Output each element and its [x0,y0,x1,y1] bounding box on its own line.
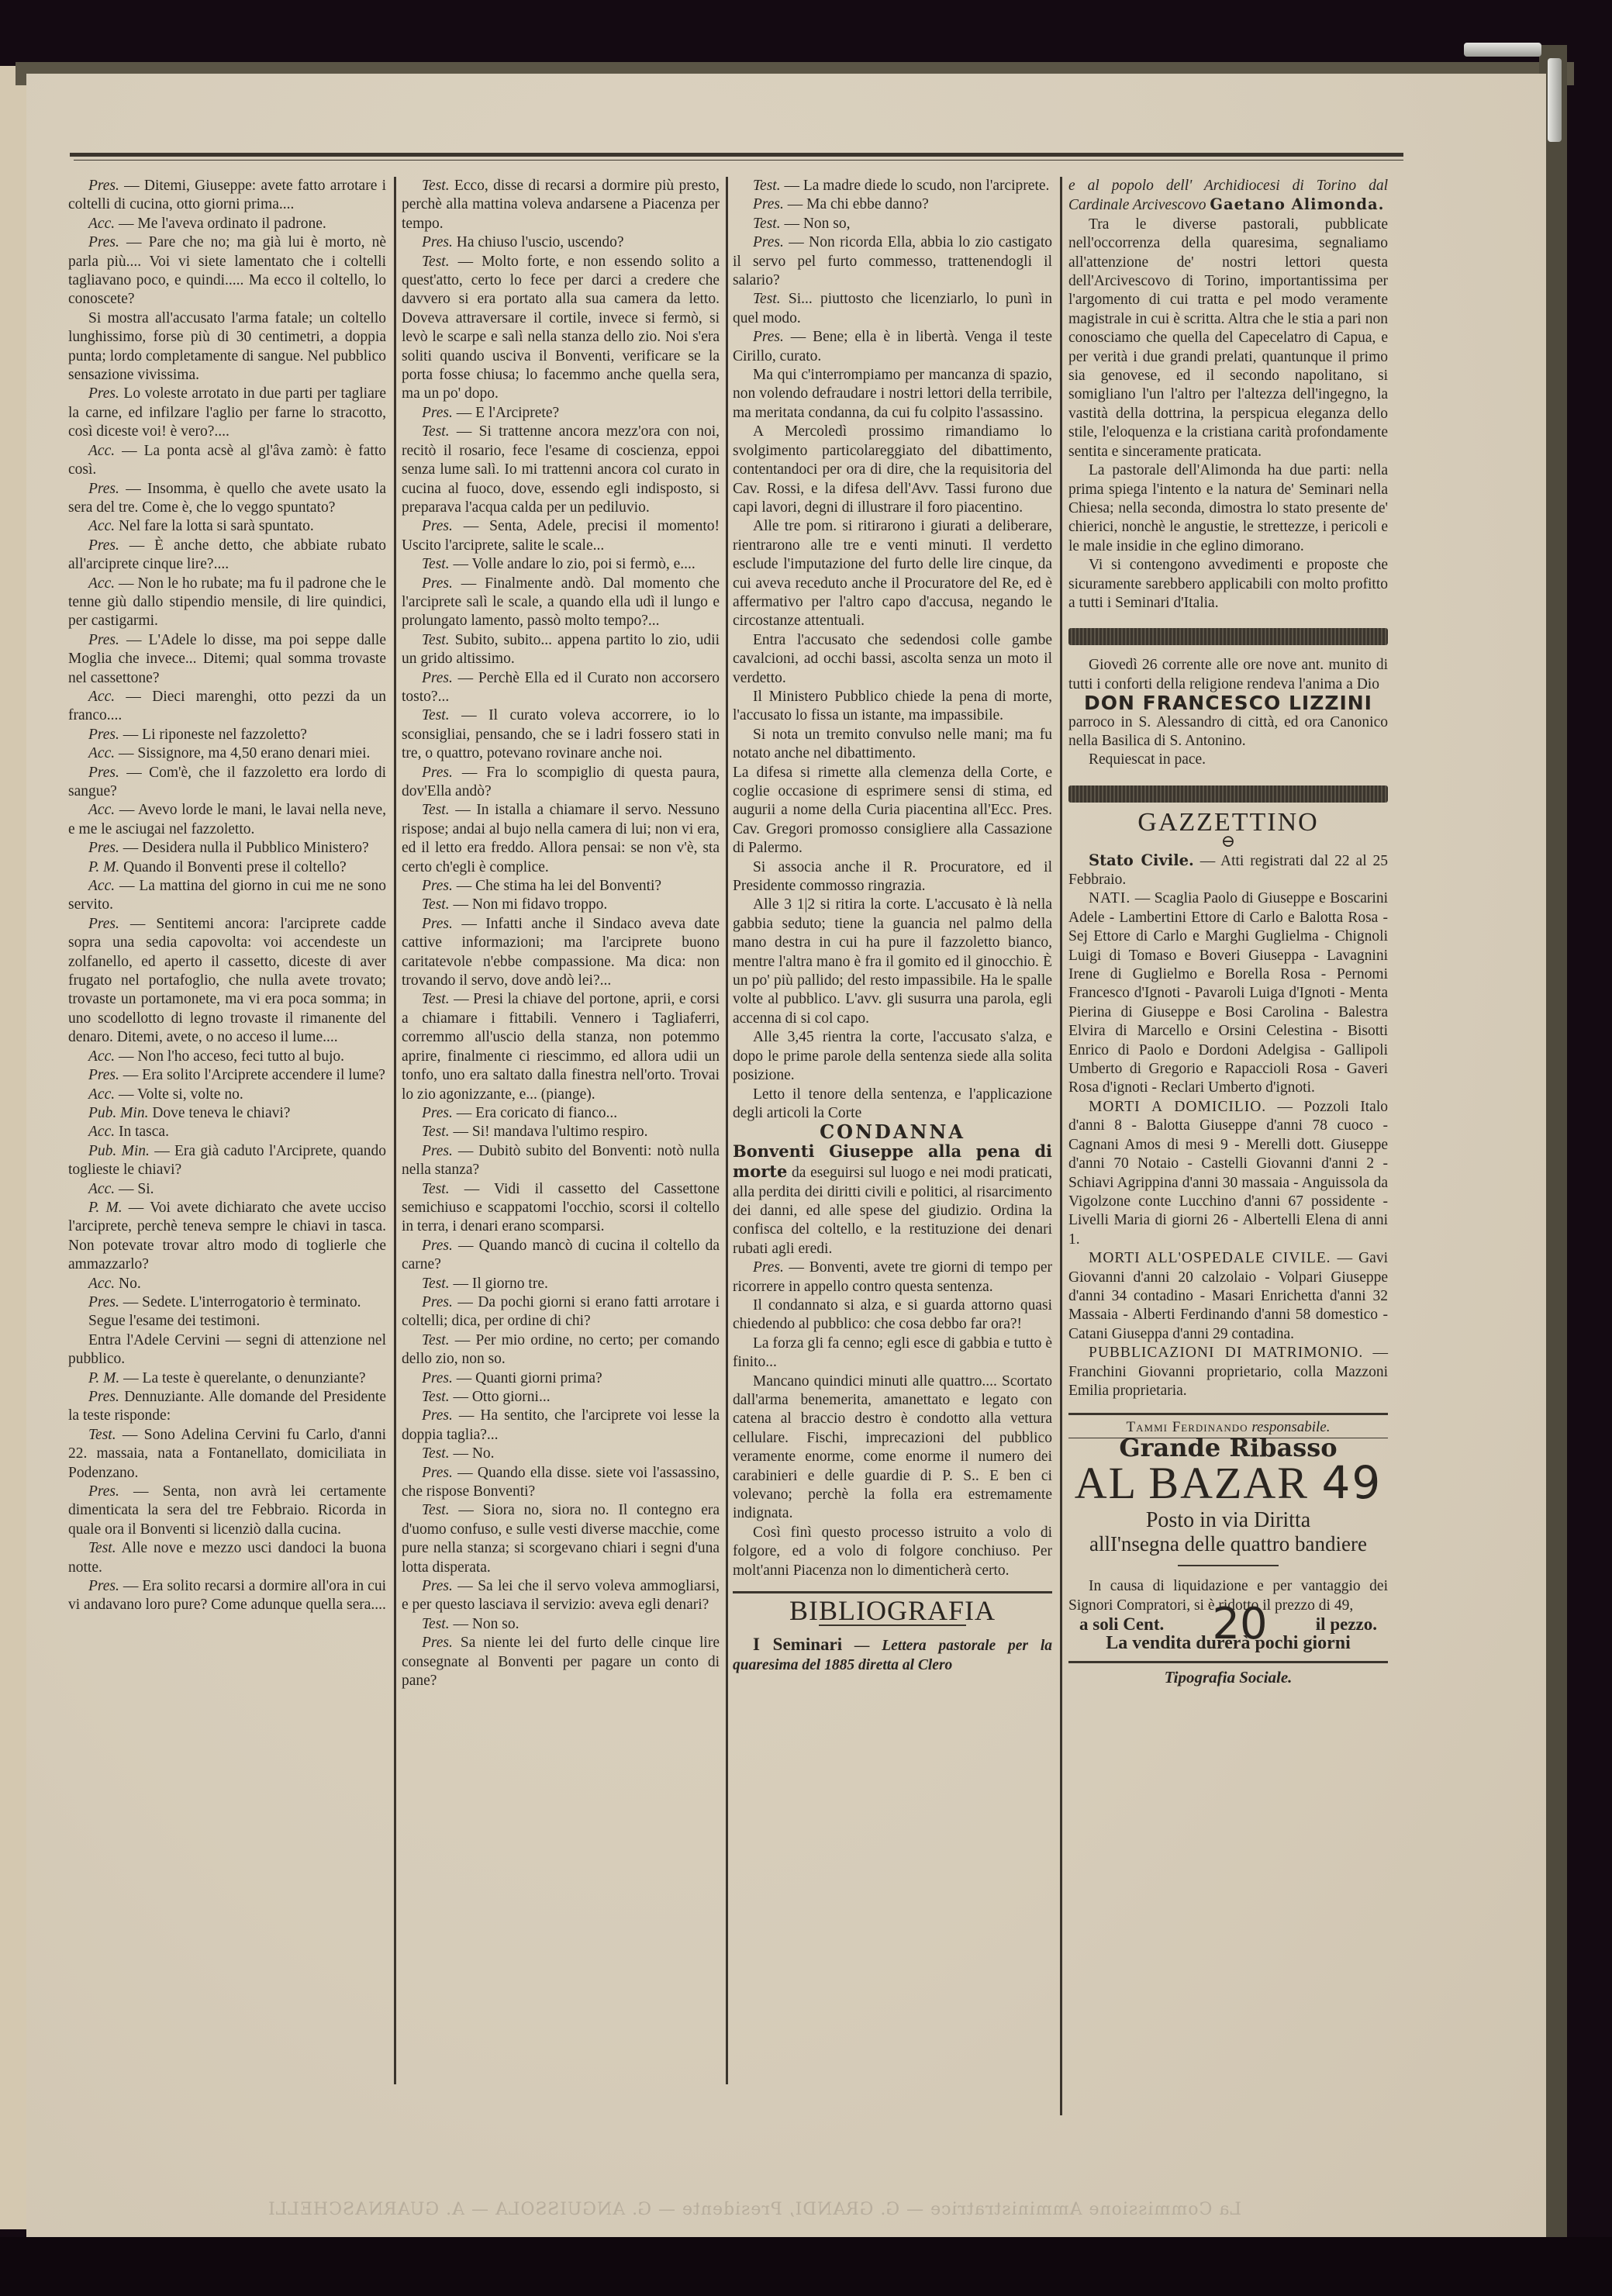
speaker-label: Acc. [88,1181,115,1197]
speaker-label: Pub. Min. [88,1105,148,1121]
transcript-paragraph: Pres. — L'Adele lo disse, ma poi seppe d… [68,631,386,688]
transcript-paragraph: Acc. — Non le ho rubate; ma fu il padron… [68,575,386,631]
bazar-advertisement: Grande Ribasso AL BAZAR 49 Posto in via … [1068,1438,1388,1653]
speaker-label: Test. [422,1445,450,1462]
obituary-closing: Requiescat in pace. [1068,751,1388,769]
paragraph-text: Segue l'esame dei testimoni. [88,1313,260,1329]
paragraph-text: — Non mi fidavo troppo. [450,896,608,913]
speaker-label: Pres. [422,1143,453,1159]
paragraph-text: — Siora no, siora no. Il contegno era d'… [402,1502,720,1575]
ad-duration: La vendita durerà pochi giorni [1068,1634,1388,1652]
metal-corner-protector [1548,58,1562,142]
ad-price-prefix: a soli Cent. [1079,1615,1164,1634]
speaker-label: Acc. [88,1124,115,1140]
transcript-paragraph: Pres. — Desidera nulla il Pubblico Minis… [68,839,386,858]
transcript-paragraph: Pres. — Perchè Ella ed il Curato non acc… [402,669,720,707]
transcript-paragraph: Test. — Si! mandava l'ultimo respiro. [402,1123,720,1141]
column-bibliografia-gazzettino: e al popolo dell' Archidiocesi di Torino… [1068,177,1388,1687]
transcript-paragraph: Acc. — Volte si, volte no. [68,1086,386,1104]
transcript-paragraph: Test. Si... piuttosto che licenziarlo, l… [733,290,1052,328]
paragraph-text: Entra l'accusato che sedendosi colle gam… [733,632,1052,686]
transcript-paragraph: Pres. — Fra lo scompiglio di questa paur… [402,764,720,802]
speaker-label: Test. [753,291,781,307]
obituary-intro: Giovedì 26 corrente alle ore nove ant. m… [1068,656,1388,694]
speaker-label: Test. [753,178,781,194]
deaths-home-label: MORTI A DOMICILIO. [1089,1099,1266,1115]
gazzettino-heading: GAZZETTINO [1068,813,1388,832]
speaker-label: Acc. [88,745,115,761]
ad-sign: allI'nsegna delle quattro bandiere [1068,1532,1388,1555]
paragraph-text: Si mostra all'accusato l'arma fatale; un… [68,310,386,383]
speaker-label: Test. [422,632,450,648]
speaker-label: Pres. [422,234,453,250]
transcript-paragraph: Test. Subito, subito... appena partito l… [402,631,720,669]
stato-civile-label: Stato Civile. [1089,851,1194,869]
transcript-paragraph: Pres. — Infatti anche il Sindaco aveva d… [402,915,720,991]
speaker-label: Pub. Min. [88,1143,150,1159]
speaker-label: Acc. [88,575,115,592]
paragraph-text: Entra l'Adele Cervini — segni di attenzi… [68,1332,386,1367]
transcript-paragraph: Test. — Il giorno tre. [402,1275,720,1293]
transcript-paragraph: Acc. — Sissignore, ma 4,50 erano denari … [68,744,386,763]
paragraph-text: In tasca. [115,1124,169,1140]
paragraph-text: Alle 3,45 rientra la corte, l'accusato s… [733,1029,1052,1083]
transcript-paragraph: Test. — Volle andare lo zio, poi si ferm… [402,555,720,574]
paragraph-text: — La mattina del giorno in cui me ne son… [68,878,386,913]
speaker-label: P. M. [88,859,119,875]
speaker-label: Acc. [88,1276,115,1292]
ad-headline: Grande Ribasso [1068,1438,1388,1457]
review-paragraph: Vi si contengono avvedimenti e proposte … [1068,556,1388,613]
transcript-paragraph: Pres. — Senta, non avrà lei certamente d… [68,1483,386,1539]
speaker-label: Pres. [88,481,119,497]
marriage-banns: PUBBLICAZIONI DI MATRIMONIO. — Franchini… [1068,1344,1388,1400]
speaker-label: Test. [422,1124,450,1140]
speaker-label: Pres. [422,518,453,534]
speaker-label: Test. [88,1540,116,1556]
column-divider [726,177,728,2084]
paragraph-text: — La ponta acsè al gl'âva zamò: è fatto … [68,443,386,478]
transcript-paragraph: Acc. In tasca. [68,1123,386,1141]
speaker-label: Pres. [88,1294,119,1310]
paragraph-text: Ha chiuso l'uscio, uscendo? [453,234,624,250]
transcript-paragraph: Pres. — Ditemi, Giuseppe: avete fatto ar… [68,177,386,215]
section-rule [1068,1661,1388,1663]
speaker-label: Pres. [88,727,119,743]
speaker-label: Pres. [88,537,119,554]
transcript-paragraph: Pres. — Li riponeste nel fazzoletto? [68,726,386,744]
speaker-label: Acc. [88,518,115,534]
speaker-label: Pres. [88,1483,119,1500]
speaker-label: Test. [422,707,450,723]
speaker-label: Pres. [422,1465,453,1481]
transcript-paragraph: Il condannato si alza, e si guarda attor… [733,1296,1052,1334]
column-trial-transcript-2: Test. Ecco, disse di recarsi a dormire p… [402,177,720,1691]
speaker-label: Pres. [422,1635,453,1651]
speaker-label: Acc. [88,443,115,459]
paragraph-text: No. [115,1276,141,1292]
speaker-label: Pres. [753,1259,784,1276]
section-rule [733,1591,1052,1593]
speaker-label: Test. [422,423,450,440]
transcript-paragraph: Pub. Min. — Era già caduto l'Arciprete, … [68,1142,386,1180]
ad-bazar-name: AL BAZAR 49 [1068,1457,1388,1509]
paragraph-text: Mancano quindici minuti alle quattro....… [733,1373,1052,1522]
paragraph-text: Subito, subito... appena partito lo zio,… [402,632,720,667]
transcript-paragraph: Acc. — La ponta acsè al gl'âva zamò: è f… [68,442,386,480]
speaker-label: Pres. [422,1370,453,1386]
paragraph-text: — Si trattenne ancora mezz'ora con noi, … [402,423,720,516]
paragraph-text: Si... piuttosto che licenziarlo, lo punì… [733,291,1052,326]
paragraph-text: Ecco, disse di recarsi a dormire più pre… [402,178,720,232]
transcript-paragraph: Si mostra all'accusato l'arma fatale; un… [68,309,386,385]
transcript-paragraph: A Mercoledì prossimo rimandiamo lo svolg… [733,423,1052,517]
paragraph-text: — Sono Adelina Cervini fu Carlo, d'anni … [68,1427,386,1481]
deaths-home-list: MORTI A DOMICILIO. — Pozzoli Italo d'ann… [1068,1098,1388,1249]
deaths-hospital-label: MORTI ALL'OSPEDALE CIVILE. [1089,1250,1331,1266]
transcript-paragraph: Test. — Non mi fidavo troppo. [402,896,720,914]
speaker-label: Test. [422,1389,450,1405]
header-rule-thin [74,160,1403,161]
transcript-paragraph: Test. Ecco, disse di recarsi a dormire p… [402,177,720,233]
transcript-paragraph: Test. — Siora no, siora no. Il contegno … [402,1501,720,1577]
speaker-label: Acc. [88,802,115,818]
transcript-paragraph: Pres. — Ha sentito, che l'arciprete voi … [402,1407,720,1445]
transcript-paragraph: Test. — Presi la chiave del portone, apr… [402,990,720,1103]
review-paragraph: Tra le diverse pastorali, pubblicate nel… [1068,216,1388,461]
paragraph-text: La forza gli fa cenno; egli esce di gabb… [733,1335,1052,1370]
transcript-paragraph: P. M. — Voi avete dichiarato che avete u… [68,1199,386,1275]
speaker-label: Pres. [88,1389,119,1405]
transcript-paragraph: Alle 3 1|2 si ritira la corte. L'accusat… [733,896,1052,1028]
speaker-label: Test. [422,1181,450,1197]
paragraph-text: Letto il tenore della sentenza, e l'appl… [733,1086,1052,1121]
transcript-paragraph: Pres. Sa niente lei del furto delle cinq… [402,1634,720,1690]
speaker-label: Acc. [88,1048,115,1065]
paragraph-text: Alle 3 1|2 si ritira la corte. L'accusat… [733,896,1052,1026]
transcript-paragraph: Acc. — Dieci marenghi, otto pezzi da un … [68,688,386,726]
transcript-paragraph: Pres. — Era coricato di fianco... [402,1104,720,1123]
transcript-paragraph: Pres. — Com'è, che il fazzoletto era lor… [68,764,386,802]
transcript-paragraph: Acc. — Avevo lorde le mani, le lavai nel… [68,801,386,839]
births-label: NATI. [1089,890,1130,906]
transcript-paragraph: Pub. Min. Dove teneva le chiavi? [68,1104,386,1123]
transcript-paragraph: Test. — No. [402,1445,720,1463]
speaker-label: Pres. [88,840,119,856]
speaker-label: Pres. [422,1407,453,1424]
transcript-paragraph: Test. — Si trattenne ancora mezz'ora con… [402,423,720,517]
seminari-author: Gaetano Alimonda. [1210,195,1384,213]
paragraph-text: — Per mio ordine, no certo; per comando … [402,1332,720,1367]
transcript-paragraph: La forza gli fa cenno; egli esce di gabb… [733,1334,1052,1372]
paragraph-text: Quando il Bonventi prese il coltello? [119,859,346,875]
speaker-label: Pres. [88,632,119,648]
speaker-label: Test. [88,1427,116,1443]
transcript-paragraph: Test. — Vidi il cassetto del Cassettone … [402,1180,720,1237]
transcript-paragraph: Test. — Non so. [402,1615,720,1634]
paragraph-text: Ma qui c'interrompiamo per mancanza di s… [733,367,1052,421]
speaker-label: Pres. [422,575,453,592]
bibliografia-heading: BIBLIOGRAFIA [733,1601,1052,1620]
transcript-paragraph: Test. — In istalla a chiamare il servo. … [402,801,720,877]
deaths-home-text: — Pozzoli Italo d'anni 8 - Balotta Giuse… [1068,1099,1388,1248]
transcript-paragraph: Così finì questo processo istruito a vol… [733,1524,1052,1580]
transcript-paragraph: P. M. Quando il Bonventi prese il coltel… [68,858,386,877]
paragraph-text: — Avevo lorde le mani, le lavai nella ne… [68,802,386,837]
paragraph-text: — La teste è querelante, o denunziante? [119,1370,365,1386]
ad-address: Posto in via Diritta [1068,1509,1388,1532]
speaker-label: Test. [422,991,450,1007]
speaker-label: Pres. [422,1105,453,1121]
ad-price-suffix: il pezzo. [1316,1615,1377,1634]
obituary-details: parroco in S. Alessandro di città, ed or… [1068,713,1388,751]
transcript-paragraph: Test. — Molto forte, e non essendo solit… [402,253,720,404]
transcript-paragraph: Acc. No. [68,1275,386,1293]
paragraph-text: — Il giorno tre. [450,1276,548,1292]
paragraph-text: — Ma chi ebbe danno? [784,196,929,212]
stato-civile: Stato Civile. — Atti registrati dal 22 a… [1068,851,1388,890]
paragraph-text: — Era solito l'Arciprete accendere il lu… [119,1067,385,1083]
transcript-paragraph: Pres. — È anche detto, che abbiate rubat… [68,537,386,575]
transcript-paragraph: Entra l'Adele Cervini — segni di attenzi… [68,1331,386,1369]
transcript-paragraph: Pres. — Quando ella disse. siete voi l'a… [402,1464,720,1502]
verdict-paragraph: Bonventi Giuseppe alla pena di morte da … [733,1142,1052,1258]
bleed-through-text: La Commissione Amministratrice — G. GRAN… [268,2200,1241,2219]
paragraph-text: — Il curato voleva accorrere, io lo scon… [402,707,720,761]
transcript-paragraph: Pres. — Sedete. L'interrogatorio è termi… [68,1293,386,1312]
speaker-label: Test. [422,802,450,818]
speaker-label: Test. [422,1502,450,1518]
paragraph-text: — Volte si, volte no. [115,1086,243,1103]
column-trial-verdict: Test. — La madre diede lo scudo, non l'a… [733,177,1052,1675]
ad-rule [1178,1565,1279,1566]
speaker-label: Pres. [88,234,119,250]
transcript-paragraph: Pres. — Quanti giorni prima? [402,1369,720,1388]
transcript-paragraph: Test. — Otto giorni... [402,1388,720,1407]
printer-credit: Tipografia Sociale. [1068,1668,1388,1687]
paragraph-text: Il Ministero Pubblico chiede la pena di … [733,689,1052,723]
paragraph-text: Si associa anche il R. Procuratore, ed i… [733,859,1052,894]
paragraph-text: — Presi la chiave del portone, aprii, e … [402,991,720,1102]
transcript-paragraph: Alle tre pom. si ritirarono i giurati a … [733,517,1052,630]
paragraph-text: — Otto giorni... [450,1389,551,1405]
speaker-label: Pres. [422,878,453,894]
transcript-paragraph: Pres. — Senta, Adele, precisi il momento… [402,517,720,555]
paragraph-text: Si nota un tremito convulso nelle mani; … [733,727,1052,761]
speaker-label: Acc. [88,689,115,705]
transcript-paragraph: Pres. — Da pochi giorni si erano fatti a… [402,1293,720,1331]
speaker-label: Pres. [422,765,453,781]
speaker-label: P. M. [88,1200,123,1216]
transcript-paragraph: Pres. — Quando mancò di cucina il coltel… [402,1237,720,1275]
paragraph-text: — No. [450,1445,495,1462]
transcript-paragraph: Acc. — Non l'ho acceso, feci tutto al bu… [68,1048,386,1066]
seminari-continuation: e al popolo dell' Archidiocesi di Torino… [1068,177,1388,216]
seminari-title: I Seminari [753,1635,842,1654]
paragraph-text: — Non l'ho acceso, feci tutto al bujo. [115,1048,344,1065]
speaker-label: Pres. [88,1578,119,1594]
speaker-label: Acc. [88,1086,115,1103]
transcript-paragraph: Test. — La madre diede lo scudo, non l'a… [733,177,1052,195]
transcript-paragraph: Pres. — Pare che no; ma già lui è morto,… [68,233,386,309]
seminari-entry: I Seminari — Lettera pastorale per la qu… [733,1635,1052,1675]
speaker-label: Test. [422,1332,450,1348]
transcript-paragraph: Acc. — Si. [68,1180,386,1199]
speaker-label: Pres. [88,178,119,194]
speaker-label: Pres. [88,1067,119,1083]
transcript-paragraph: Pres. — Che stima ha lei del Bonventi? [402,877,720,896]
transcript-paragraph: Si associa anche il R. Procuratore, ed i… [733,858,1052,896]
speaker-label: Test. [753,216,781,232]
column-trial-transcript-1: Pres. — Ditemi, Giuseppe: avete fatto ar… [68,177,386,1615]
transcript-paragraph: Pres. Ha chiuso l'uscio, uscendo? [402,233,720,252]
ad-price-line: a soli Cent.20il pezzo. [1068,1615,1388,1634]
paragraph-text: — Quanti giorni prima? [453,1370,602,1386]
speaker-label: Pres. [422,1238,453,1254]
speaker-label: Test. [422,254,450,270]
speaker-label: Pres. [88,916,119,932]
speaker-label: Test. [422,1276,450,1292]
transcript-paragraph: Test. Alle nove e mezzo usci dandoci la … [68,1539,386,1577]
transcript-paragraph: Test. — Il curato voleva accorrere, io l… [402,706,720,763]
transcript-paragraph: Pres. — Insomma, è quello che avete usat… [68,480,386,518]
paragraph-text: — Che stima ha lei del Bonventi? [453,878,661,894]
transcript-paragraph: Pres. — Sa lei che il servo voleva ammog… [402,1577,720,1615]
review-paragraph: La pastorale dell'Alimonda ha due parti:… [1068,461,1388,556]
speaker-label: Pres. [422,1294,453,1310]
speaker-label: Pres. [422,916,453,932]
speaker-label: Pres. [422,1578,453,1594]
column-divider [394,177,396,2084]
paragraph-text: Il condannato si alza, e si guarda attor… [733,1297,1052,1332]
speaker-label: Pres. [422,405,453,421]
ad-bazar-number: 49 [1321,1456,1382,1509]
transcript-paragraph: La difesa si rimette alla clemenza della… [733,764,1052,858]
transcript-paragraph: Pres. — Sentitemi ancora: l'arciprete ca… [68,915,386,1048]
transcript-paragraph: Pres. — Ma chi ebbe danno? [733,195,1052,214]
transcript-paragraph: Test. — Sono Adelina Cervini fu Carlo, d… [68,1426,386,1483]
transcript-paragraph: Entra l'accusato che sedendosi colle gam… [733,631,1052,688]
transcript-paragraph: Mancano quindici minuti alle quattro....… [733,1372,1052,1524]
speaker-label: Pres. [88,385,119,402]
marriage-banns-label: PUBBLICAZIONI DI MATRIMONIO. [1089,1345,1363,1361]
transcript-paragraph: Test. — Per mio ordine, no certo; per co… [402,1331,720,1369]
column-divider [1060,177,1062,2115]
section-rule [1068,1413,1388,1415]
transcript-paragraph: P. M. — La teste è querelante, o denunzi… [68,1369,386,1388]
paragraph-text: La difesa si rimette alla clemenza della… [733,765,1052,857]
paragraph-text: — Molto forte, e non essendo solito a qu… [402,254,720,402]
transcript-paragraph: Acc. — Me l'aveva ordinato il padrone. [68,215,386,233]
header-rule [70,153,1403,157]
transcript-paragraph: Alle 3,45 rientra la corte, l'accusato s… [733,1028,1052,1085]
paragraph-text: — Desidera nulla il Pubblico Ministero? [119,840,369,856]
transcript-paragraph: Acc. Nel fare la lotta si sarà spuntato. [68,517,386,536]
ornamental-band [1068,785,1388,803]
condanna-heading: CONDANNA [733,1123,1052,1141]
paragraph-text: Dove teneva le chiavi? [148,1105,290,1121]
ad-bazar-label: AL BAZAR [1075,1458,1309,1508]
transcript-paragraph: Segue l'esame dei testimoni. [68,1312,386,1331]
transcript-paragraph: Pres. — Era solito recarsi a dormire all… [68,1577,386,1615]
paragraph-text: — Si! mandava l'ultimo respiro. [450,1124,648,1140]
metal-corner-protector [1464,43,1541,57]
paragraph-text: Alle tre pom. si ritirarono i giurati a … [733,518,1052,629]
speaker-label: Test. [422,1616,450,1632]
paragraph-text: — Era coricato di fianco... [453,1105,617,1121]
transcript-paragraph: Pres. — Finalmente andò. Dal momento che… [402,575,720,631]
paragraph-text: — Sedete. L'interrogatorio è terminato. [119,1294,361,1310]
births-text: — Scaglia Paolo di Giuseppe e Boscarini … [1068,890,1388,1096]
paragraph-text: — Dieci marenghi, otto pezzi da un franc… [68,689,386,723]
paragraph-text: Nel fare la lotta si sarà spuntato. [115,518,314,534]
speaker-label: Pres. [753,196,784,212]
paragraph-text: A Mercoledì prossimo rimandiamo lo svolg… [733,423,1052,516]
ornament-icon: ⊖ [1068,832,1388,851]
transcript-paragraph: Pres. — Bene; ella è in libertà. Venga i… [733,328,1052,366]
transcript-paragraph: Pres. Lo voleste arrotato in due parti p… [68,385,386,441]
transcript-paragraph: Acc. — La mattina del giorno in cui me n… [68,877,386,915]
transcript-paragraph: Il Ministero Pubblico chiede la pena di … [733,688,1052,726]
paragraph-text: Alle nove e mezzo usci dandoci la buona … [68,1540,386,1575]
paragraph-text: — Me l'aveva ordinato il padrone. [115,216,326,232]
paragraph-text: — Non so. [450,1616,519,1632]
ornamental-band [1068,628,1388,645]
deaths-hospital-list: MORTI ALL'OSPEDALE CIVILE. — Gavi Giovan… [1068,1249,1388,1344]
transcript-paragraph: Pres. — E l'Arciprete? [402,404,720,423]
paragraph-text: — E l'Arciprete? [453,405,559,421]
ad-price-value: 20 [1212,1615,1267,1634]
paragraph-text: — Sissignore, ma 4,50 erano denari miei. [115,745,370,761]
speaker-label: Pres. [88,765,119,781]
speaker-label: Test. [422,556,450,572]
paragraph-text: — Volle andare lo zio, poi si fermò, e..… [450,556,696,572]
transcript-paragraph: Si nota un tremito convulso nelle mani; … [733,726,1052,764]
speaker-label: Acc. [88,878,115,894]
births-list: NATI. — Scaglia Paolo di Giuseppe e Bosc… [1068,889,1388,1097]
speaker-label: Pres. [753,329,784,345]
obituary-name: DON FRANCESCO LIZZINI [1068,694,1388,713]
transcript-paragraph: Pres. Dennuziante. Alle domande del Pres… [68,1388,386,1426]
paragraph-text: — La madre diede lo scudo, non l'arcipre… [781,178,1050,194]
paragraph-text: — Non le ho rubate; ma fu il padrone che… [68,575,386,630]
transcript-paragraph: Pres. — Dubitò subito del Bonventi: notò… [402,1142,720,1180]
paragraph-text: — Sentitemi ancora: l'arciprete cadde so… [68,916,386,1045]
background-shadow [0,2237,1612,2296]
paragraph-text: Così finì questo processo istruito a vol… [733,1524,1052,1579]
speaker-label: Pres. [422,670,453,686]
paragraph-text: — Li riponeste nel fazzoletto? [119,727,307,743]
speaker-label: Pres. [753,234,784,250]
transcript-paragraph: Test. — Non so, [733,215,1052,233]
speaker-label: Test. [422,896,450,913]
speaker-label: Test. [422,178,450,194]
paragraph-text: — Si. [115,1181,154,1197]
transcript-paragraph: Pres. — Non ricorda Ella, abbia lo zio c… [733,233,1052,290]
paragraph-text: — Vidi il cassetto del Cassettone semich… [402,1181,720,1235]
adjacent-page-edge [0,66,29,2229]
paragraph-text: — In istalla a chiamare il servo. Nessun… [402,802,720,875]
transcript-paragraph: Pres. — Era solito l'Arciprete accendere… [68,1066,386,1085]
speaker-label: P. M. [88,1370,119,1386]
paragraph-text: — Non so, [781,216,851,232]
speaker-label: Acc. [88,216,115,232]
transcript-paragraph: Letto il tenore della sentenza, e l'appl… [733,1086,1052,1124]
transcript-paragraph: Pres. — Bonventi, avete tre giorni di te… [733,1258,1052,1296]
transcript-paragraph: Ma qui c'interrompiamo per mancanza di s… [733,366,1052,423]
